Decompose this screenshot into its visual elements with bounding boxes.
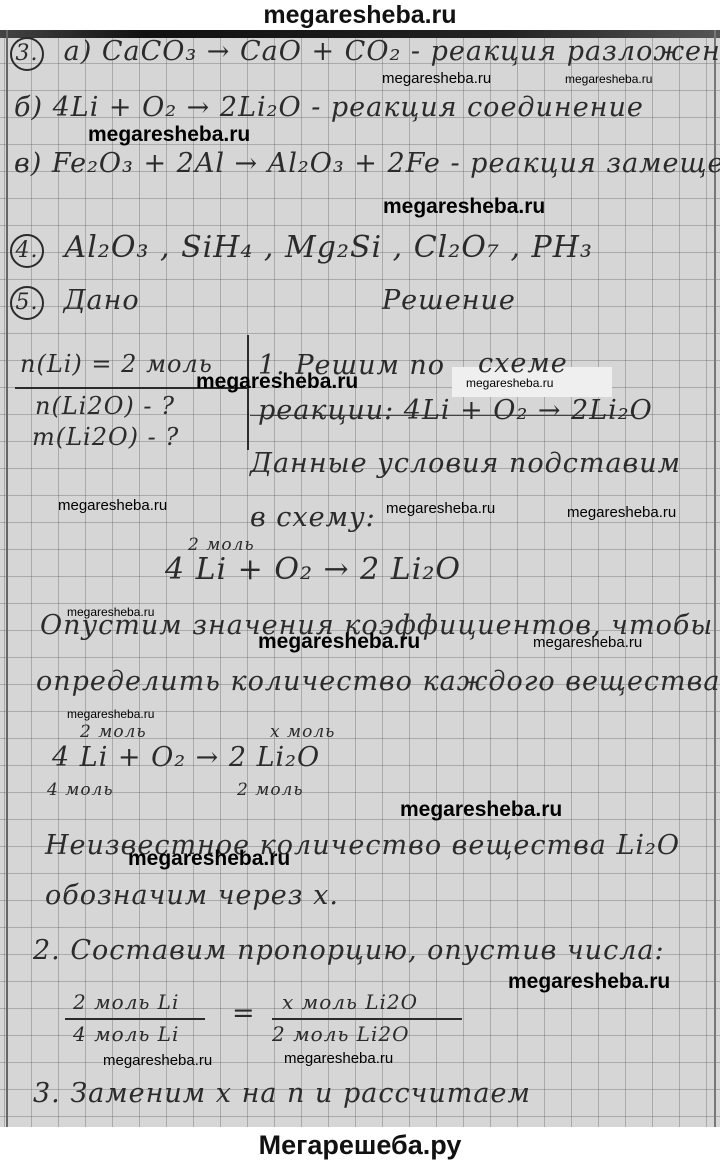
task3-line-a: 3. а) CaCO₃ → CaO + CO₂ - реакция разлож… xyxy=(10,36,720,71)
watermark: megaresheba.ru xyxy=(103,1052,212,1069)
given-n-li2o: n(Li2O) - ? xyxy=(35,392,175,420)
proportion-right-bar xyxy=(272,1018,462,1020)
substitute-line1: Данные условия подставим xyxy=(250,448,681,479)
task3-number: 3. xyxy=(10,37,44,71)
step2-text: 2. Составим пропорцию, опустив числа: xyxy=(33,935,665,966)
watermark: megaresheba.ru xyxy=(565,72,652,86)
given-n-li: n(Li) = 2 моль xyxy=(20,350,213,378)
task3-a-equation: CaCO₃ → CaO + CO₂ xyxy=(102,36,401,67)
task3-b-equation: 4Li + O₂ → 2Li₂O xyxy=(53,92,302,123)
watermark: megaresheba.ru xyxy=(567,504,676,521)
watermark: megaresheba.ru xyxy=(383,195,545,219)
proportion-right-denominator: 2 моль Li2O xyxy=(272,1022,409,1046)
watermark: megaresheba.ru xyxy=(67,707,154,721)
substitute-line2: в схему: xyxy=(250,502,376,533)
watermark: megaresheba.ru xyxy=(196,370,358,394)
scheme2-above-left: 2 моль xyxy=(80,722,147,742)
proportion-left-denominator: 4 моль Li xyxy=(73,1022,179,1046)
task4-line: 4. Al₂O₃ , SiH₄ , Mg₂Si , Cl₂O₇ , PH₃ xyxy=(10,230,593,268)
step1-line2: реакции: 4Li + O₂ → 2Li₂O xyxy=(258,395,653,426)
task3-a-type: - реакция разложения xyxy=(411,36,720,67)
margin-line xyxy=(6,30,8,1127)
task3-a-label: а) xyxy=(64,36,93,67)
site-footer[interactable]: Мегарешеба.ру xyxy=(0,1127,720,1161)
scheme1-equation: 4 Li + O₂ → 2 Li₂O xyxy=(165,552,461,587)
solution-title: Решение xyxy=(382,285,516,316)
watermark: megaresheba.ru xyxy=(386,500,495,517)
step1-patch-text: схеме xyxy=(478,348,568,379)
watermark: megaresheba.ru xyxy=(508,970,670,994)
task3-b-type: - реакция соединение xyxy=(311,92,644,123)
watermark: megaresheba.ru xyxy=(284,1050,393,1067)
task3-c-label: в) xyxy=(14,148,42,179)
task4-number: 4. xyxy=(10,234,44,268)
task3-c-equation: Fe₂O₃ + 2Al → Al₂O₃ + 2Fe xyxy=(52,148,441,179)
task5-header: 5. Дано xyxy=(10,285,140,320)
task4-formulas: Al₂O₃ , SiH₄ , Mg₂Si , Cl₂O₇ , PH₃ xyxy=(65,230,593,265)
unknown-line2: обозначим через x. xyxy=(45,880,339,911)
watermark: megaresheba.ru xyxy=(128,847,290,871)
watermark: megaresheba.ru xyxy=(88,123,250,147)
margin-line-right xyxy=(714,30,716,1127)
scheme2-below-right: 2 моль xyxy=(237,780,304,800)
omit-line2: определить количество каждого вещества: xyxy=(36,666,720,697)
task5-number: 5. xyxy=(10,286,44,320)
watermark: megaresheba.ru xyxy=(400,798,562,822)
watermark: megaresheba.ru xyxy=(58,497,167,514)
task3-line-c: в) Fe₂O₃ + 2Al → Al₂O₃ + 2Fe - реакция з… xyxy=(14,148,720,179)
watermark: megaresheba.ru xyxy=(258,630,420,654)
watermark: megaresheba.ru xyxy=(382,70,491,87)
task3-c-type: - реакция замещения xyxy=(450,148,720,179)
notebook-page: 3. а) CaCO₃ → CaO + CO₂ - реакция разлож… xyxy=(0,30,720,1127)
task3-line-b: б) 4Li + O₂ → 2Li₂O - реакция соединение xyxy=(14,92,644,123)
proportion-left-numerator: 2 моль Li xyxy=(73,990,179,1014)
given-title: Дано xyxy=(64,285,140,316)
scheme2-above-right: x моль xyxy=(270,722,335,742)
task3-b-label: б) xyxy=(14,92,43,123)
given-m-li2o: m(Li2O) - ? xyxy=(32,423,179,451)
step3-text: 3. Заменим x на n и рассчитаем xyxy=(33,1078,531,1109)
scheme2-below-left: 4 моль xyxy=(47,780,114,800)
proportion-left-bar xyxy=(65,1018,205,1020)
site-header[interactable]: megaresheba.ru xyxy=(0,0,720,30)
watermark: megaresheba.ru xyxy=(533,634,642,651)
watermark: megaresheba.ru xyxy=(466,376,553,390)
scheme2-equation: 4 Li + O₂ → 2 Li₂O xyxy=(52,742,320,773)
proportion-equals: = xyxy=(232,998,256,1029)
proportion-right-numerator: x моль Li2O xyxy=(282,990,418,1014)
